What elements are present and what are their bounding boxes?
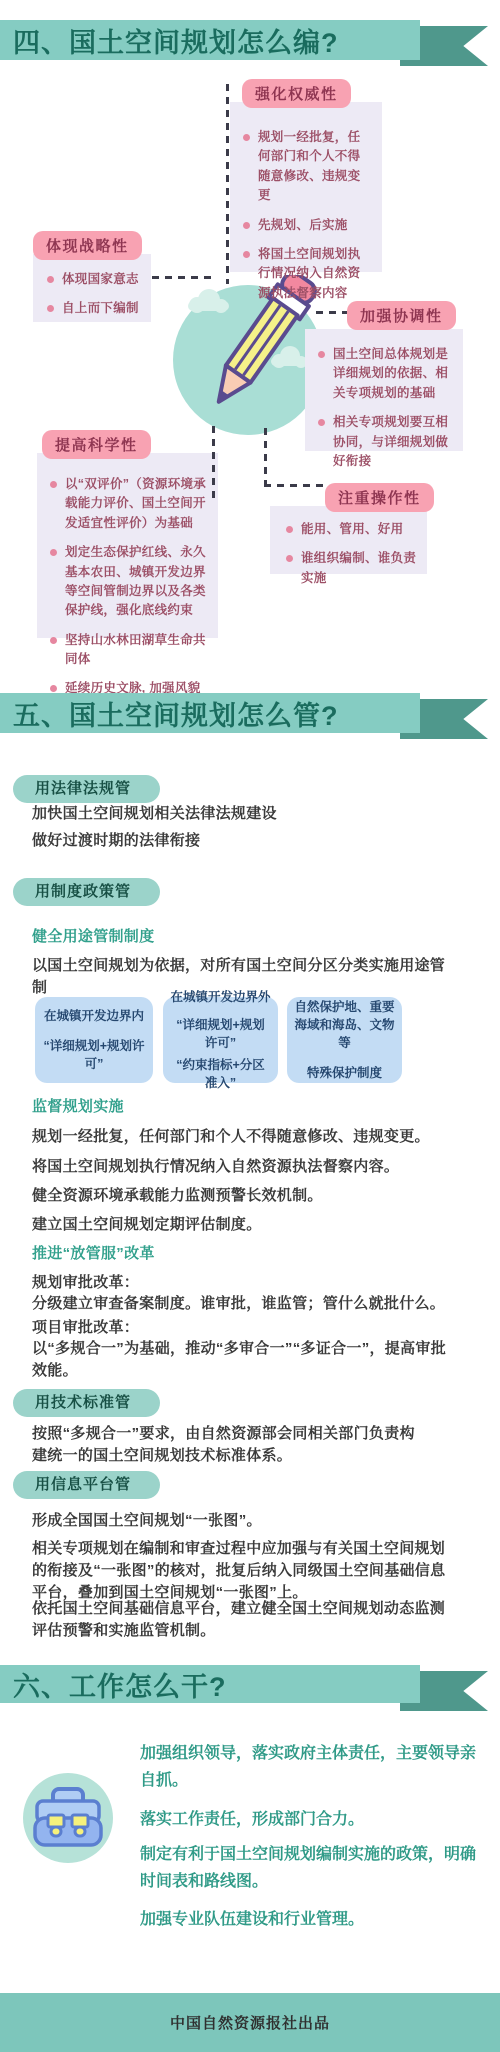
bullet-dot-icon: [47, 276, 54, 283]
list-item: 规划一经批复，任何部门和个人不得随意修改、违规变更: [243, 128, 373, 206]
bullet-dot-icon: [50, 637, 57, 644]
platform-item: 相关专项规划在编制和审查过程中应加强与有关国土空间规划的衔接及“一张图”的核对，…: [32, 1538, 450, 1603]
list-item: 自上而下编制: [47, 299, 145, 318]
list-item: 将国土空间规划执行情况纳入自然资源执法督察内容: [243, 245, 373, 303]
branch-panel-authority: 规划一经批复，任何部门和个人不得随意修改、违规变更 先规划、后实施 将国土空间规…: [230, 102, 382, 272]
toolbox-illustration: [22, 1772, 114, 1864]
list-item: 先规划、后实施: [243, 216, 373, 235]
reform-project-head: 项目审批改革：: [32, 1317, 452, 1339]
banner-bar: 四、国土空间规划怎么编?: [0, 20, 420, 60]
bullet-dot-icon: [243, 134, 250, 141]
section4-title: 四、国土空间规划怎么编?: [13, 21, 339, 60]
bullet-dot-icon: [286, 526, 293, 533]
connector-authority: [226, 84, 229, 284]
work-item: 制定有利于国土空间规划编制实施的政策，明确时间表和路线图。: [140, 1841, 488, 1895]
footer-credit: 中国自然资源报社出品: [170, 2012, 330, 2033]
bullet-dot-icon: [286, 555, 293, 562]
list-item: 能用、管用、好用: [286, 520, 421, 539]
platform-item: 形成全国国土空间规划“一张图”。: [32, 1510, 452, 1532]
connector-operability-v: [264, 428, 267, 486]
zone-card-outside-boundary: 在城镇开发边界外 “详细规划+规划许可” “约束指标+分区准入”: [163, 997, 278, 1083]
banner-bar: 五、国土空间规划怎么管?: [0, 693, 420, 733]
pill-policy: 用制度政策管: [13, 878, 160, 906]
branch-label-coordination: 加强协调性: [347, 301, 456, 330]
list-item: 国土空间总体规划是详细规划的依据、相关专项规划的基础: [318, 345, 454, 403]
section5-title: 五、国土空间规划怎么管?: [13, 694, 339, 733]
reform-plan-body: 分级建立审查备案制度。谁审批，谁监管；管什么就批什么。: [32, 1293, 452, 1315]
footer-bar: 中国自然资源报社出品: [0, 1993, 500, 2052]
connector-science: [212, 426, 215, 498]
section5-banner: 五、国土空间规划怎么管?: [0, 693, 500, 763]
connector-strategy: [152, 276, 214, 279]
law-item: 做好过渡时期的法律衔接: [32, 830, 452, 852]
list-item: 以“双评价”（资源环境承载能力评价、国土空间开发适宜性评价）为基础: [50, 475, 209, 533]
subtitle-reform: 推进“放管服”改革: [32, 1243, 452, 1265]
work-item: 加强组织领导，落实政府主体责任，主要领导亲自抓。: [140, 1740, 488, 1794]
work-item: 落实工作责任，形成部门合力。: [140, 1806, 488, 1833]
zone-card-inside-boundary: 在城镇开发边界内 “详细规划+规划许可”: [35, 997, 153, 1083]
subtitle-use-control: 健全用途管制制度: [32, 926, 452, 948]
list-item: 体现国家意志: [47, 270, 145, 289]
connector-operability-h: [264, 484, 326, 487]
branch-label-strategy: 体现战略性: [33, 231, 142, 260]
branch-panel-operability: 能用、管用、好用 谁组织编制、谁负责实施: [270, 506, 427, 574]
pill-standard: 用技术标准管: [13, 1389, 160, 1417]
bullet-dot-icon: [243, 251, 250, 258]
platform-item: 依托国土空间基础信息平台，建立健全国土空间规划动态监测评估预警和实施监管机制。: [32, 1598, 450, 1642]
pill-law: 用法律法规管: [13, 775, 160, 803]
section6-title: 六、工作怎么干?: [13, 1665, 227, 1704]
section6-banner: 六、工作怎么干?: [0, 1665, 500, 1735]
bullet-dot-icon: [318, 351, 325, 358]
work-item: 加强专业队伍建设和行业管理。: [140, 1906, 488, 1933]
connector-coordination: [316, 311, 348, 314]
supervision-item: 建立国土空间规划定期评估制度。: [32, 1214, 452, 1236]
list-item: 坚持山水林田湖草生命共同体: [50, 631, 209, 670]
supervision-item: 规划一经批复，任何部门和个人不得随意修改、违规变更。: [32, 1126, 452, 1148]
law-item: 加快国土空间规划相关法律法规建设: [32, 803, 452, 825]
pill-platform: 用信息平台管: [13, 1471, 160, 1499]
list-item: 划定生态保护红线、永久基本农田、城镇开发边界等空间管制边界以及各类保护线，强化底…: [50, 543, 209, 621]
bullet-dot-icon: [243, 222, 250, 229]
branch-label-operability: 注重操作性: [325, 483, 434, 512]
branch-panel-coordination: 国土空间总体规划是详细规划的依据、相关专项规划的基础 相关专项规划要互相协同，与…: [305, 329, 463, 451]
list-item: 相关专项规划要互相协同，与详细规划做好衔接: [318, 413, 454, 471]
reform-project-body: 以“多规合一”为基础，推动“多审合一”“多证合一”，提高审批效能。: [32, 1338, 452, 1382]
banner-bar: 六、工作怎么干?: [0, 1665, 420, 1703]
branch-label-authority: 强化权威性: [242, 79, 351, 108]
branch-label-science: 提高科学性: [42, 430, 151, 459]
standard-body: 按照“多规合一”要求，由自然资源部会同相关部门负责构建统一的国土空间规划技术标准…: [32, 1423, 422, 1467]
bullet-dot-icon: [47, 305, 54, 312]
bullet-dot-icon: [318, 419, 325, 426]
infographic-canvas: 四、国土空间规划怎么编? 强化权威性 规划一经批复，任何部门和个人不得随意修改、…: [0, 0, 500, 2052]
list-item: 谁组织编制、谁负责实施: [286, 549, 421, 588]
bullet-dot-icon: [50, 685, 57, 692]
supervision-item: 健全资源环境承载能力监测预警长效机制。: [32, 1185, 452, 1207]
branch-panel-science: 以“双评价”（资源环境承载能力评价、国土空间开发适宜性评价）为基础 划定生态保护…: [37, 453, 218, 638]
branch-panel-strategy: 体现国家意志 自上而下编制: [33, 254, 151, 322]
supervision-item: 将国土空间规划执行情况纳入自然资源执法督察内容。: [32, 1156, 452, 1178]
bullet-dot-icon: [50, 481, 57, 488]
zone-card-protected-areas: 自然保护地、重要海域和海岛、文物等 特殊保护制度: [287, 997, 402, 1083]
reform-plan-head: 规划审批改革：: [32, 1272, 452, 1294]
bullet-dot-icon: [50, 549, 57, 556]
subtitle-supervision: 监督规划实施: [32, 1096, 452, 1118]
